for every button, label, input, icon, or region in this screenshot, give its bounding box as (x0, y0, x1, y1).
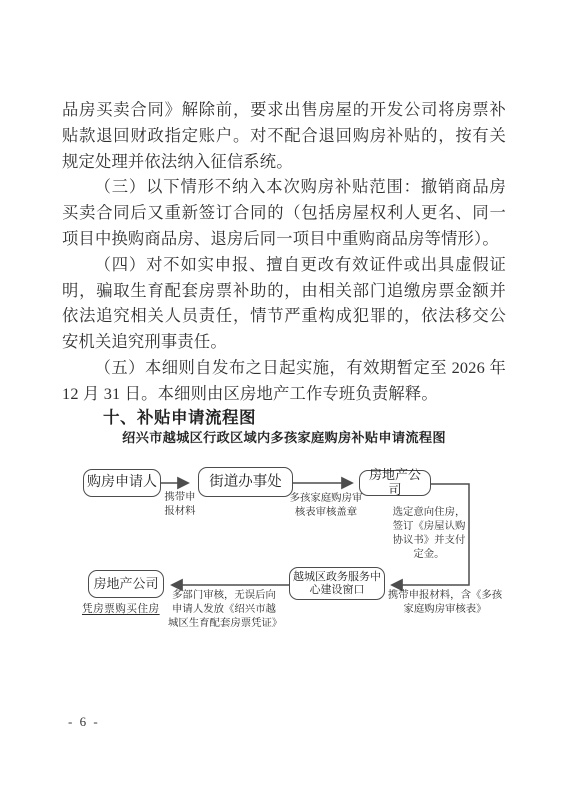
body-paragraph: 品房买卖合同》解除前，要求出售房屋的开发公司将房票补贴款退回财政指定账户。对不配… (62, 97, 506, 174)
flowchart-node-applicant: 购房申请人 (83, 469, 161, 497)
section-heading: 十、补贴申请流程图 (103, 404, 256, 428)
body-paragraph: （五）本细则自发布之日起实施，有效期暂定至 2026 年 12 月 31 日。本… (62, 355, 506, 407)
flowchart-node-street-office: 街道办事处 (198, 467, 293, 497)
note-buy-with-voucher: 凭房票购买住房 (82, 601, 160, 616)
page-number: - 6 - (68, 714, 100, 730)
body-paragraph: （四）对不如实申报、擅自更改有效证件或出具虚假证明，骗取生育配套房票补助的，由相… (62, 252, 506, 355)
body-paragraph: （三）以下情形不纳入本次购房补贴范围：撤销商品房买卖合同后又重新签订合同的（包括… (62, 174, 506, 251)
flowchart-node-service-center: 越城区政务服务中心建设窗口 (289, 567, 385, 600)
document-page: 品房买卖合同》解除前，要求出售房屋的开发公司将房票补贴款退回财政指定账户。对不配… (0, 0, 565, 800)
body-text: 品房买卖合同》解除前，要求出售房屋的开发公司将房票补贴款退回财政指定账户。对不配… (62, 97, 506, 407)
edge-label-review-stamp: 多孩家庭购房审核表审核盖章 (288, 492, 364, 520)
edge-label-select-house: 选定意向住房，签订《房屋认购协议书》并支付定金。 (390, 506, 468, 562)
edge-label-issue-voucher: 多部门审核，无误后向申请人发放《绍兴市越城区生育配套房票凭证》 (168, 589, 280, 631)
flowchart-node-developer-bottom: 房地产公司 (88, 570, 164, 598)
flowchart-title: 绍兴市越城区行政区域内多孩家庭购房补贴申请流程图 (62, 427, 506, 446)
edge-label-carry-materials-with-form: 携带申报材料，含《多孩家庭购房审核表》 (386, 589, 504, 617)
flowchart-node-developer-top: 房地产公司 (359, 470, 431, 496)
edge-label-carry-materials: 携带申报材料 (161, 491, 199, 519)
